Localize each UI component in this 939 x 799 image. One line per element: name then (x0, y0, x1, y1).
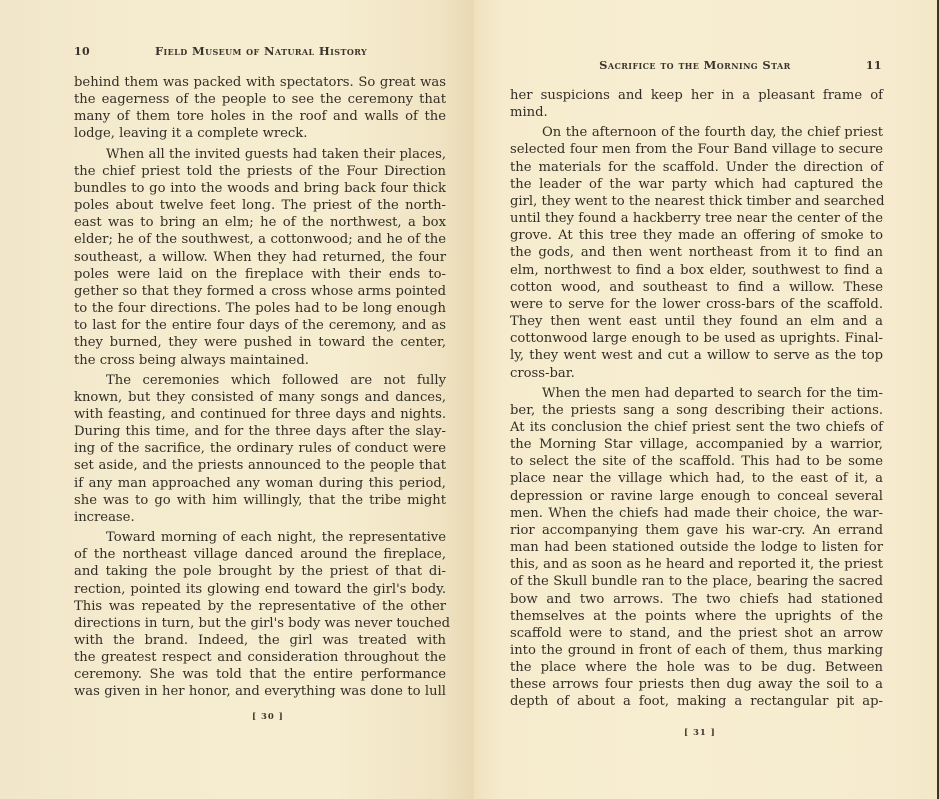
text-line: lodge, leaving it a complete wreck. (74, 125, 446, 142)
text-line: the cross being always maintained. (74, 352, 446, 369)
text-line: This was repeated by the representative … (74, 598, 446, 615)
left-page: 10 Field Museum of Natural History behin… (0, 0, 474, 799)
page-number-left: 10 (74, 45, 90, 58)
text-line: to the four directions. The poles had to… (74, 300, 446, 317)
text-line: into the ground in front of each of them… (510, 642, 883, 659)
text-line: the leader of the war party which had ca… (510, 176, 883, 193)
text-line: the gods, and then went northeast from i… (510, 244, 883, 261)
text-line: mind. (510, 104, 883, 121)
text-line: increase. (74, 509, 446, 526)
text-line: of the Skull bundle ran to the place, be… (510, 573, 883, 590)
text-line: On the afternoon of the fourth day, the … (510, 124, 883, 141)
text-line: the materials for the scaffold. Under th… (510, 159, 883, 176)
text-line: During this time, and for the three days… (74, 423, 446, 440)
text-line: depth of about a foot, making a rectangu… (510, 693, 883, 710)
text-line: ceremony. She was told that the entire p… (74, 666, 446, 683)
text-line: At its conclusion the chief priest sent … (510, 419, 883, 436)
running-title-right: Sacrifice to the Morning Star (599, 58, 791, 72)
text-line: elder; he of the southwest, a cottonwood… (74, 231, 446, 248)
text-line: set aside, and the priests announced to … (74, 457, 446, 474)
body-text-right: her suspicions and keep her in a pleasan… (510, 87, 883, 711)
running-head-left: 10 Field Museum of Natural History (74, 44, 446, 58)
text-line: these arrows four priests then dug away … (510, 676, 883, 693)
text-line: until they found a hackberry tree near t… (510, 210, 883, 227)
text-line: directions in turn, but the girl's body … (74, 615, 446, 632)
text-line: to last for the entire four days of the … (74, 317, 446, 334)
running-head-right: Sacrifice to the Morning Star 11 (510, 58, 882, 72)
text-line: Toward morning of each night, the repres… (74, 529, 446, 546)
right-page: Sacrifice to the Morning Star 11 her sus… (474, 0, 937, 799)
text-line: many of them tore holes in the roof and … (74, 108, 446, 125)
text-line: behind them was packed with spectators. … (74, 74, 446, 91)
folio-left: [ 30 ] (252, 712, 284, 722)
text-line: to select the site of the scaffold. This… (510, 453, 883, 470)
text-line: rection, pointed its glowing end toward … (74, 581, 446, 598)
text-line: she was to go with him willingly, that t… (74, 492, 446, 509)
text-line: southeast, a willow. When they had retur… (74, 249, 446, 266)
text-line: the chief priest told the priests of the… (74, 163, 446, 180)
text-line: elm, northwest to find a box elder, sout… (510, 262, 883, 279)
text-line: man had been stationed outside the lodge… (510, 539, 883, 556)
text-line: east was to bring an elm; he of the nort… (74, 214, 446, 231)
text-line: poles were laid on the fireplace with th… (74, 266, 446, 283)
text-line: the place where the hole was to be dug. … (510, 659, 883, 676)
text-line: ly, they went west and cut a willow to s… (510, 347, 883, 364)
text-line: with the brand. Indeed, the girl was tre… (74, 632, 446, 649)
text-line: ing of the sacrifice, the ordinary rules… (74, 440, 446, 457)
text-line: the Morning Star village, accompanied by… (510, 436, 883, 453)
text-line: When the men had departed to search for … (510, 385, 883, 402)
text-line: grove. At this tree they made an offerin… (510, 227, 883, 244)
text-line: scaffold were to stand, and the priest s… (510, 625, 883, 642)
text-line: depression or ravine large enough to con… (510, 488, 883, 505)
text-line: ber, the priests sang a song describing … (510, 402, 883, 419)
text-line: cotton wood, and southeast to find a wil… (510, 279, 883, 296)
text-line: and taking the pole brought by the pries… (74, 563, 446, 580)
book-spread: 10 Field Museum of Natural History behin… (0, 0, 939, 799)
text-line: place near the village which had, to the… (510, 470, 883, 487)
text-line: the greatest respect and consideration t… (74, 649, 446, 666)
body-text-left: behind them was packed with spectators. … (74, 74, 446, 701)
page-number-right: 11 (866, 59, 882, 72)
text-line: men. When the chiefs had made their choi… (510, 505, 883, 522)
text-line: girl, they went to the nearest thick tim… (510, 193, 883, 210)
text-line: if any man approached any woman during t… (74, 475, 446, 492)
text-line: poles about twelve feet long. The priest… (74, 197, 446, 214)
text-line: selected four men from the Four Band vil… (510, 141, 883, 158)
text-line: was given in her honor, and everything w… (74, 683, 446, 700)
text-line: bow and two arrows. The two chiefs had s… (510, 591, 883, 608)
text-line: with feasting, and continued for three d… (74, 406, 446, 423)
text-line: cross-bar. (510, 365, 883, 382)
text-line: of the northeast village danced around t… (74, 546, 446, 563)
text-line: rior accompanying them gave his war-cry.… (510, 522, 883, 539)
text-line: known, but they consisted of many songs … (74, 389, 446, 406)
text-line: were to serve for the lower cross-bars o… (510, 296, 883, 313)
text-line: When all the invited guests had taken th… (74, 146, 446, 163)
text-line: this, and as soon as he heard and report… (510, 556, 883, 573)
text-line: They then went east until they found an … (510, 313, 883, 330)
text-line: the eagerness of the people to see the c… (74, 91, 446, 108)
text-line: her suspicions and keep her in a pleasan… (510, 87, 883, 104)
text-line: The ceremonies which followed are not fu… (74, 372, 446, 389)
text-line: cottonwood large enough to be used as up… (510, 330, 883, 347)
text-line: themselves at the points where the uprig… (510, 608, 883, 625)
folio-right: [ 31 ] (684, 728, 716, 738)
text-line: gether so that they formed a cross whose… (74, 283, 446, 300)
text-line: they burned, they were pushed in toward … (74, 334, 446, 351)
running-title-left: Field Museum of Natural History (155, 44, 367, 58)
text-line: bundles to go into the woods and bring b… (74, 180, 446, 197)
